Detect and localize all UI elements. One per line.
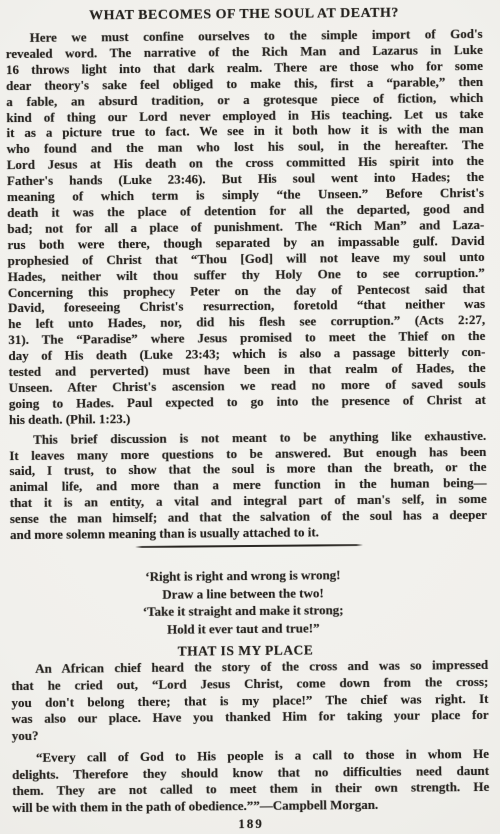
paragraph-conclusion: This brief discussion is not meant to be…: [9, 428, 487, 544]
page-title: WHAT BECOMES OF THE SOUL AT DEATH?: [5, 4, 482, 26]
poem-right-is-right: ‘Right is right and wrong is wrong!Draw …: [4, 565, 482, 640]
scanned-book-page: WHAT BECOMES OF THE SOUL AT DEATH? Here …: [0, 0, 500, 834]
section-divider-rule: [135, 544, 363, 548]
page-content: WHAT BECOMES OF THE SOUL AT DEATH? Here …: [0, 0, 500, 834]
page-number: 189: [12, 814, 489, 834]
text-line: his death. (Phil. 1:23.): [9, 408, 486, 428]
paragraph-campbell-morgan-quote: “Every call of God to His people is a ca…: [12, 746, 490, 817]
paragraph-african-chief: An African chief heard the story of the …: [11, 657, 489, 745]
text-line: and more solemn meaning than is usually …: [10, 523, 487, 543]
poem-line: Hold it ever taut and true!”: [5, 618, 482, 640]
paragraph-soul-at-death: Here we must confine ourselves to the si…: [6, 26, 486, 428]
